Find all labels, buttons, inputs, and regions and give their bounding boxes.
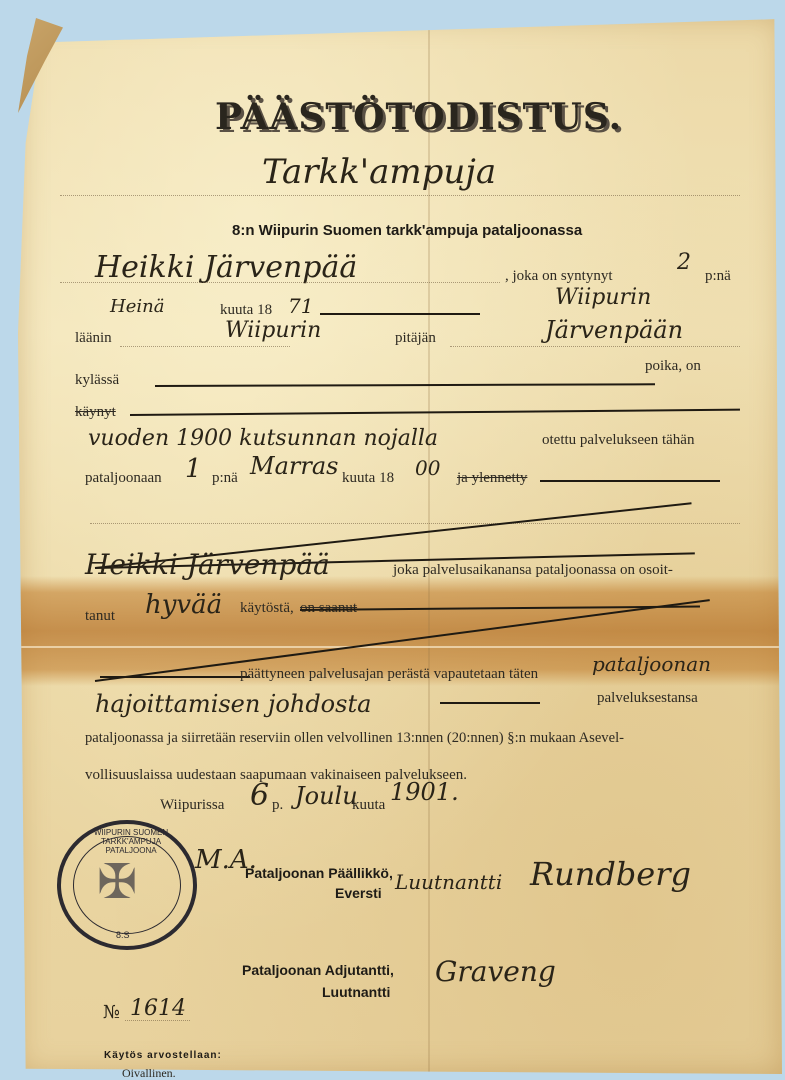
- parish-label: pitäjän: [395, 330, 436, 347]
- date-day-handwritten: 6: [250, 778, 269, 813]
- unit-type-handwritten: Tarkk'ampuja: [262, 152, 496, 192]
- service-month-label: kuuta 18: [342, 470, 394, 487]
- birth-year-handwritten: 71: [288, 294, 313, 318]
- commander-rank: Eversti: [335, 885, 382, 901]
- battalion-label: pataljoonaan: [85, 470, 162, 487]
- draft-handwritten: vuoden 1900 kutsunnan nojalla: [88, 426, 438, 451]
- horizontal-fold: [18, 646, 782, 648]
- province-handwritten: Wiipurin: [555, 285, 651, 310]
- service-label: palveluksestansa: [597, 690, 698, 707]
- release-reason-handwritten-1: pataljoonan: [592, 652, 711, 676]
- conduct-text: joka palvelusaikanansa pataljoonassa on …: [393, 562, 673, 579]
- service-year-handwritten: 00: [415, 456, 440, 480]
- adjutant-signature: Graveng: [435, 955, 556, 988]
- promoted-label: ja ylennetty: [457, 470, 527, 487]
- commander-rank-handwritten: Luutnantti: [395, 870, 502, 894]
- certificate-number-handwritten: 1614: [130, 996, 186, 1021]
- person-name-handwritten: Heikki Järvenpää: [95, 250, 357, 285]
- taken-into-service-label: otettu palvelukseen tähän: [542, 432, 694, 449]
- service-day-handwritten: 1: [185, 454, 202, 484]
- date-month-label: kuuta: [352, 797, 385, 814]
- release-reason-handwritten-2: hajoittamisen johdosta: [95, 690, 371, 718]
- date-year-handwritten: 1901.: [390, 778, 459, 806]
- conduct-label: käytöstä,: [240, 600, 294, 617]
- battalion-stamp: ✠ WIIPURIN SUOMEN TARKK'AMPUJA PATALJOON…: [57, 820, 197, 950]
- born-label: , joka on syntynyt: [505, 268, 613, 285]
- conduct-name-handwritten: Heikki Järvenpää: [85, 548, 330, 581]
- adjutant-rank: Luutnantti: [322, 984, 390, 1000]
- birth-day-handwritten: 2: [677, 250, 691, 275]
- birth-day-label: p:nä: [705, 268, 731, 285]
- release-label: päättyneen palvelusajan perästä vapautet…: [240, 666, 538, 683]
- battalion-line: 8:n Wiipurin Suomen tarkk'ampuja pataljo…: [232, 222, 582, 239]
- stamp-text-bottom: 8:S: [116, 930, 130, 940]
- attended-label: käynyt: [75, 404, 116, 421]
- son-label: poika, on: [645, 358, 701, 375]
- birth-month-handwritten: Heinä: [110, 296, 164, 317]
- place-label: Wiipurissa: [160, 797, 224, 814]
- document-title: PÄÄSTÖTODISTUS.: [215, 96, 622, 138]
- number-symbol: №: [103, 1002, 120, 1023]
- parish-handwritten: Wiipurin: [225, 318, 321, 343]
- conduct-grade: Oivallinen.: [122, 1066, 176, 1080]
- commander-signature: Rundberg: [530, 855, 691, 893]
- date-month-handwritten: Joulu: [295, 782, 358, 810]
- province-label: läänin: [75, 330, 112, 347]
- conduct-heading: Käytös arvostellaan:: [104, 1050, 222, 1061]
- village-label: kylässä: [75, 372, 119, 389]
- double-headed-eagle-icon: ✠: [97, 854, 137, 910]
- birth-month-label: kuuta 18: [220, 302, 272, 319]
- shown-label: tanut: [85, 608, 115, 625]
- date-day-label: p.: [272, 797, 283, 814]
- conduct-rating-handwritten: hyvää: [145, 590, 222, 620]
- service-day-label: p:nä: [212, 470, 238, 487]
- stamp-text-top: WIIPURIN SUOMEN TARKK'AMPUJA PATALJOONA: [81, 828, 181, 855]
- village-handwritten: Järvenpään: [545, 316, 683, 344]
- service-month-handwritten: Marras: [250, 452, 338, 480]
- commander-title: Pataljoonan Päällikkö,: [245, 865, 393, 881]
- adjutant-title: Pataljoonan Adjutantti,: [242, 962, 394, 978]
- release-text-line-1: pataljoonassa ja siirretään reserviin ol…: [85, 730, 624, 747]
